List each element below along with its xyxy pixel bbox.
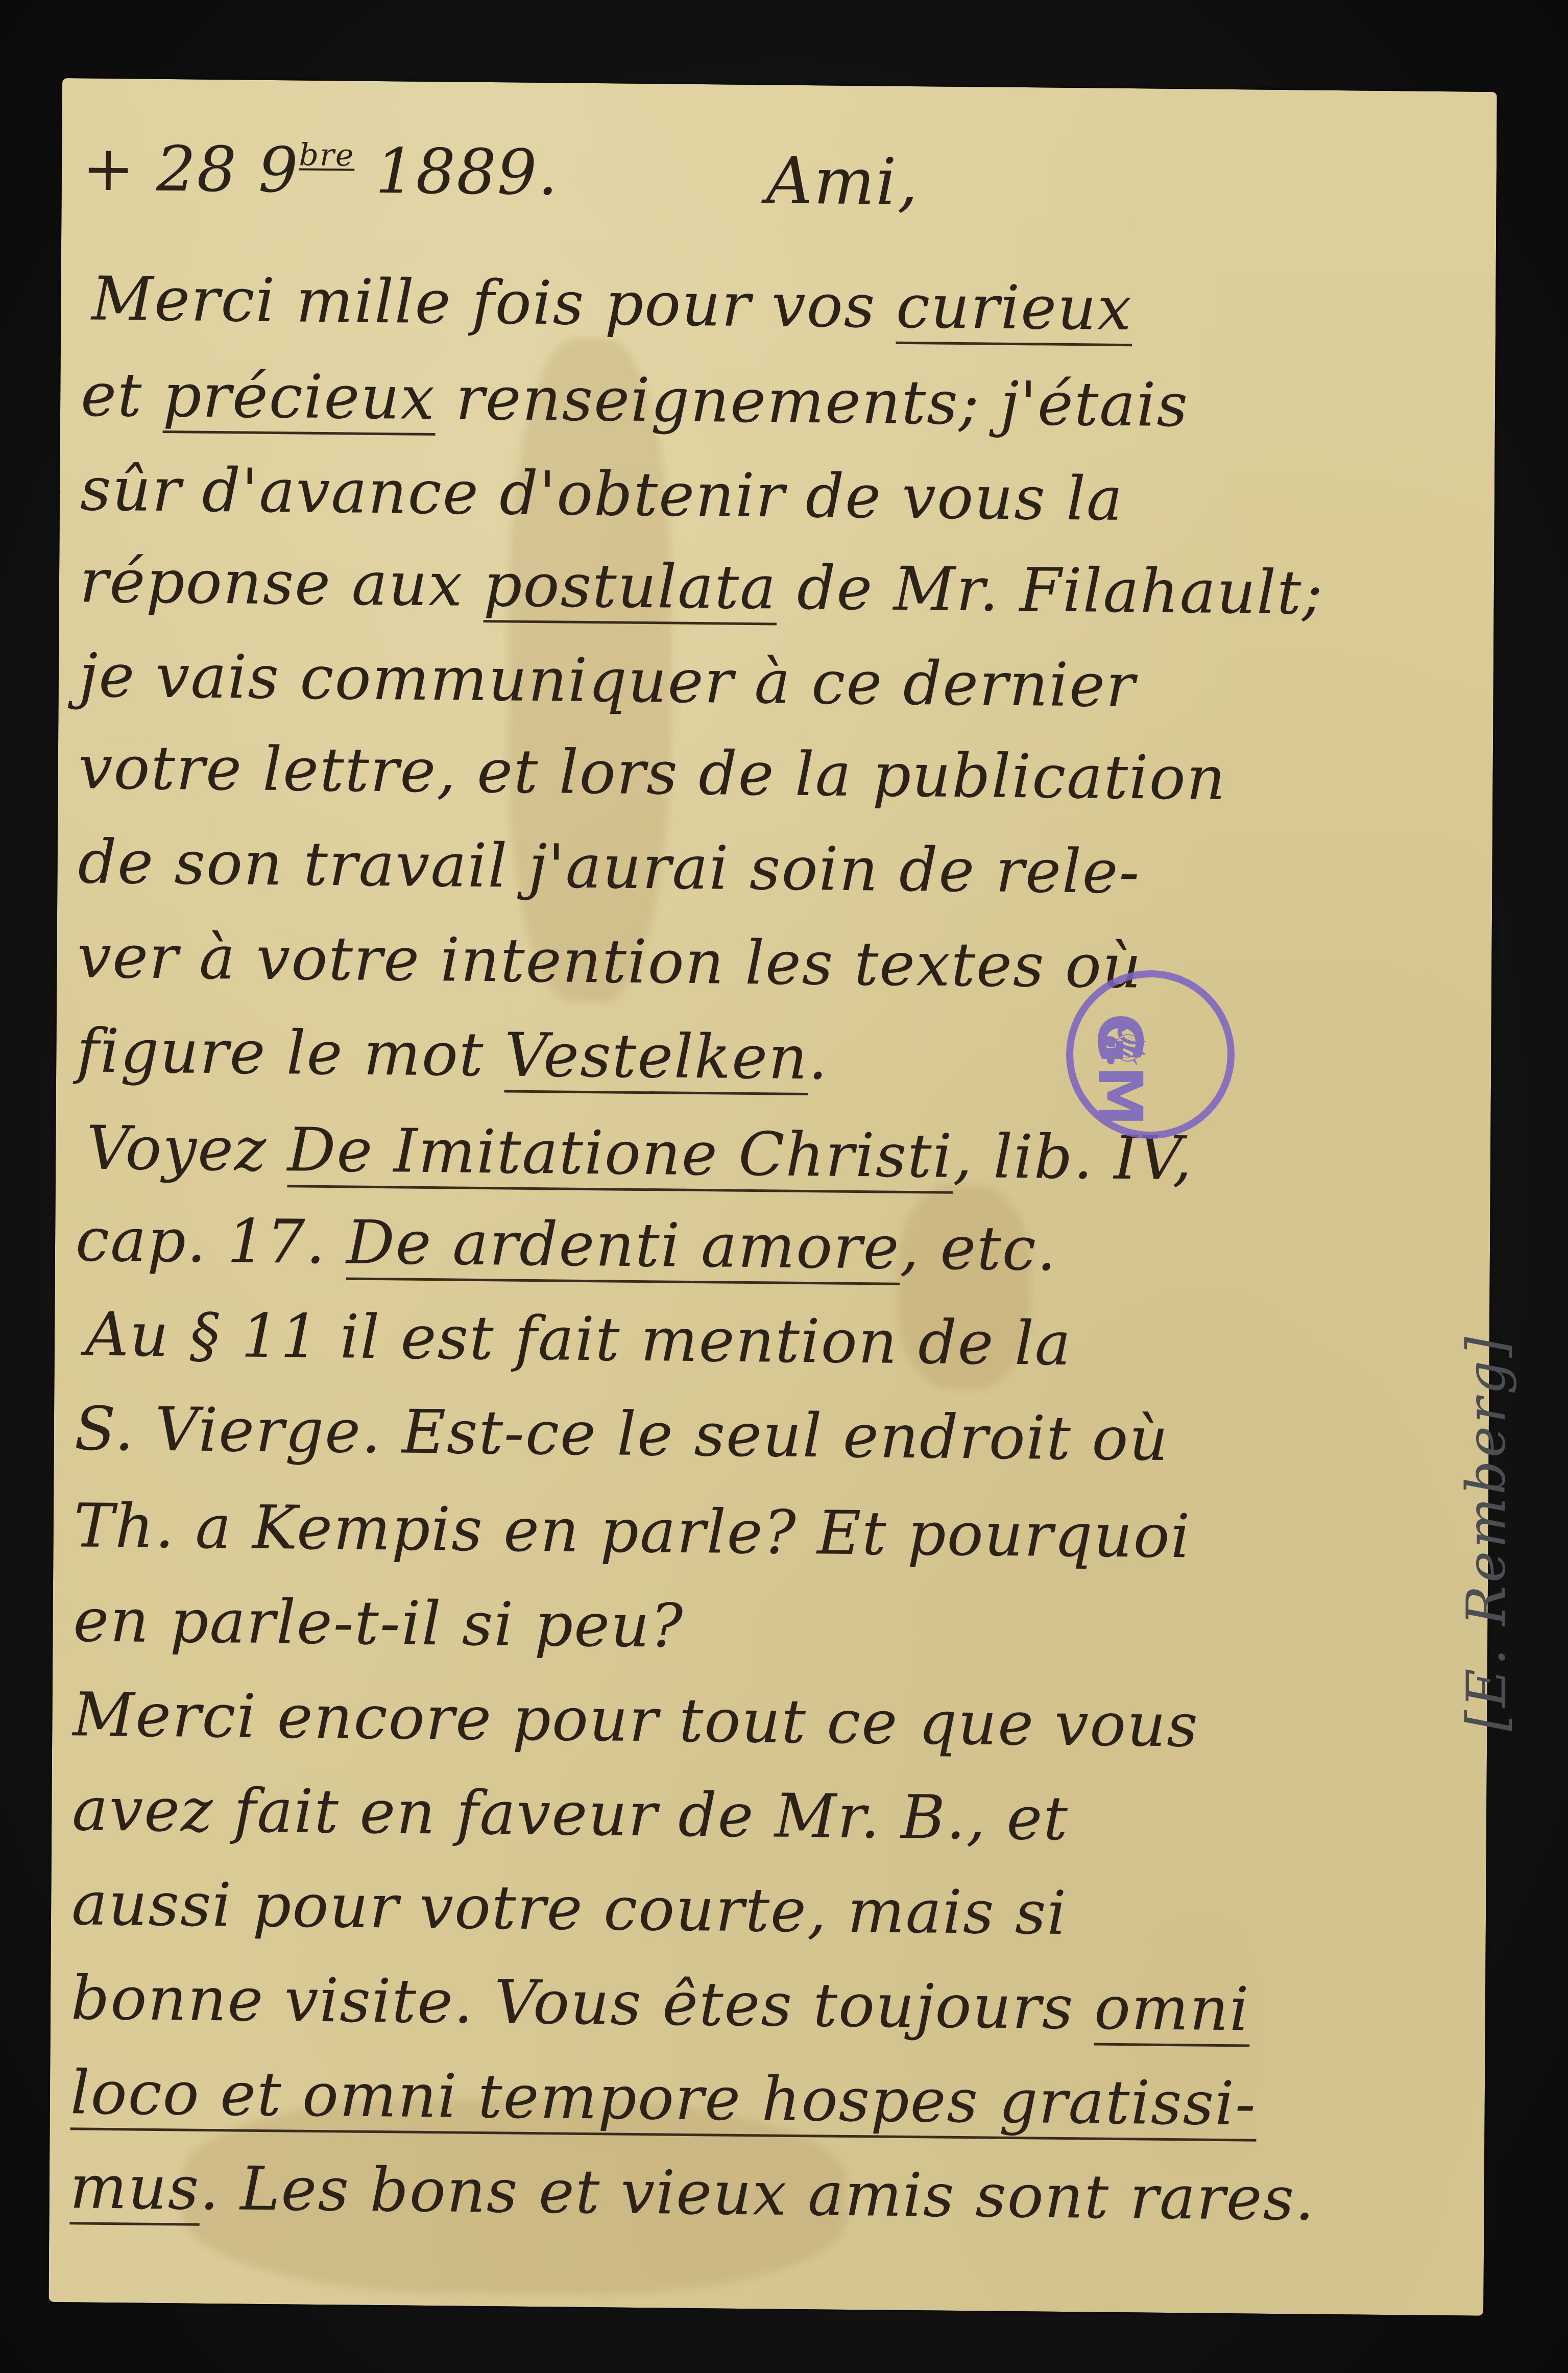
body-line-18: aussi pour votre courte, mais si — [71, 1873, 1068, 1943]
body-line-20: loco et omni tempore hospes gratissi- — [70, 2062, 1257, 2134]
date-month-abbrev: bre — [299, 137, 355, 173]
body-line-7: de son travail j'aurai soin de rele- — [78, 831, 1141, 902]
date-line: + 28 9bre 1889. — [82, 137, 559, 204]
body-line-8: ver à votre intention les textes où — [77, 926, 1142, 996]
body-line-2: et précieux renseignements; j'étais — [81, 364, 1189, 435]
body-line-16: Merci encore pour tout ce que vous — [73, 1684, 1199, 1755]
body-line-17: avez fait en faveur de Mr. B., et — [72, 1779, 1069, 1849]
date-year: 1889. — [375, 135, 559, 209]
salutation: Ami, — [766, 149, 919, 214]
body-line-15: en parle-t-il si peu? — [73, 1590, 684, 1656]
body-line-9: figure le mot Vestelken. — [77, 1020, 829, 1088]
body-line-3: sûr d'avance d'obtenir de vous la — [80, 459, 1124, 529]
date-day-month: + 28 9 — [82, 132, 299, 206]
body-line-5: je vais communiquer à ce dernier — [79, 645, 1136, 715]
library-stamp: ⚜ GM — [1066, 970, 1235, 1139]
body-line-19: bonne visite. Vous êtes toujours omni — [71, 1968, 1250, 2039]
body-line-4: réponse aux postulata de Mr. Filahault; — [80, 550, 1324, 622]
body-line-6: votre lettre, et lors de la publication — [78, 737, 1226, 808]
letter-card: + 28 9bre 1889. Ami, Merci mille fois po… — [49, 78, 1497, 2316]
body-line-14: Th. a Kempis en parle? Et pourquoi — [74, 1495, 1191, 1566]
body-line-11: cap. 17. De ardenti amore, etc. — [76, 1209, 1057, 1279]
stamp-monogram: GM — [1089, 1013, 1150, 1129]
body-line-1: Merci mille fois pour vos curieux — [91, 269, 1132, 339]
body-line-21: mus. Les bons et vieux amis sont rares. — [69, 2156, 1315, 2228]
body-line-13: S. Vierge. Est-ce le seul endroit où — [74, 1398, 1169, 1469]
margin-annotation: [E. Remberg] — [1455, 1334, 1517, 1731]
body-line-12: Au § 11 il est fait mention de la — [85, 1304, 1072, 1374]
body-line-10: Voyez De Imitatione Christi, lib. IV, — [86, 1118, 1193, 1189]
